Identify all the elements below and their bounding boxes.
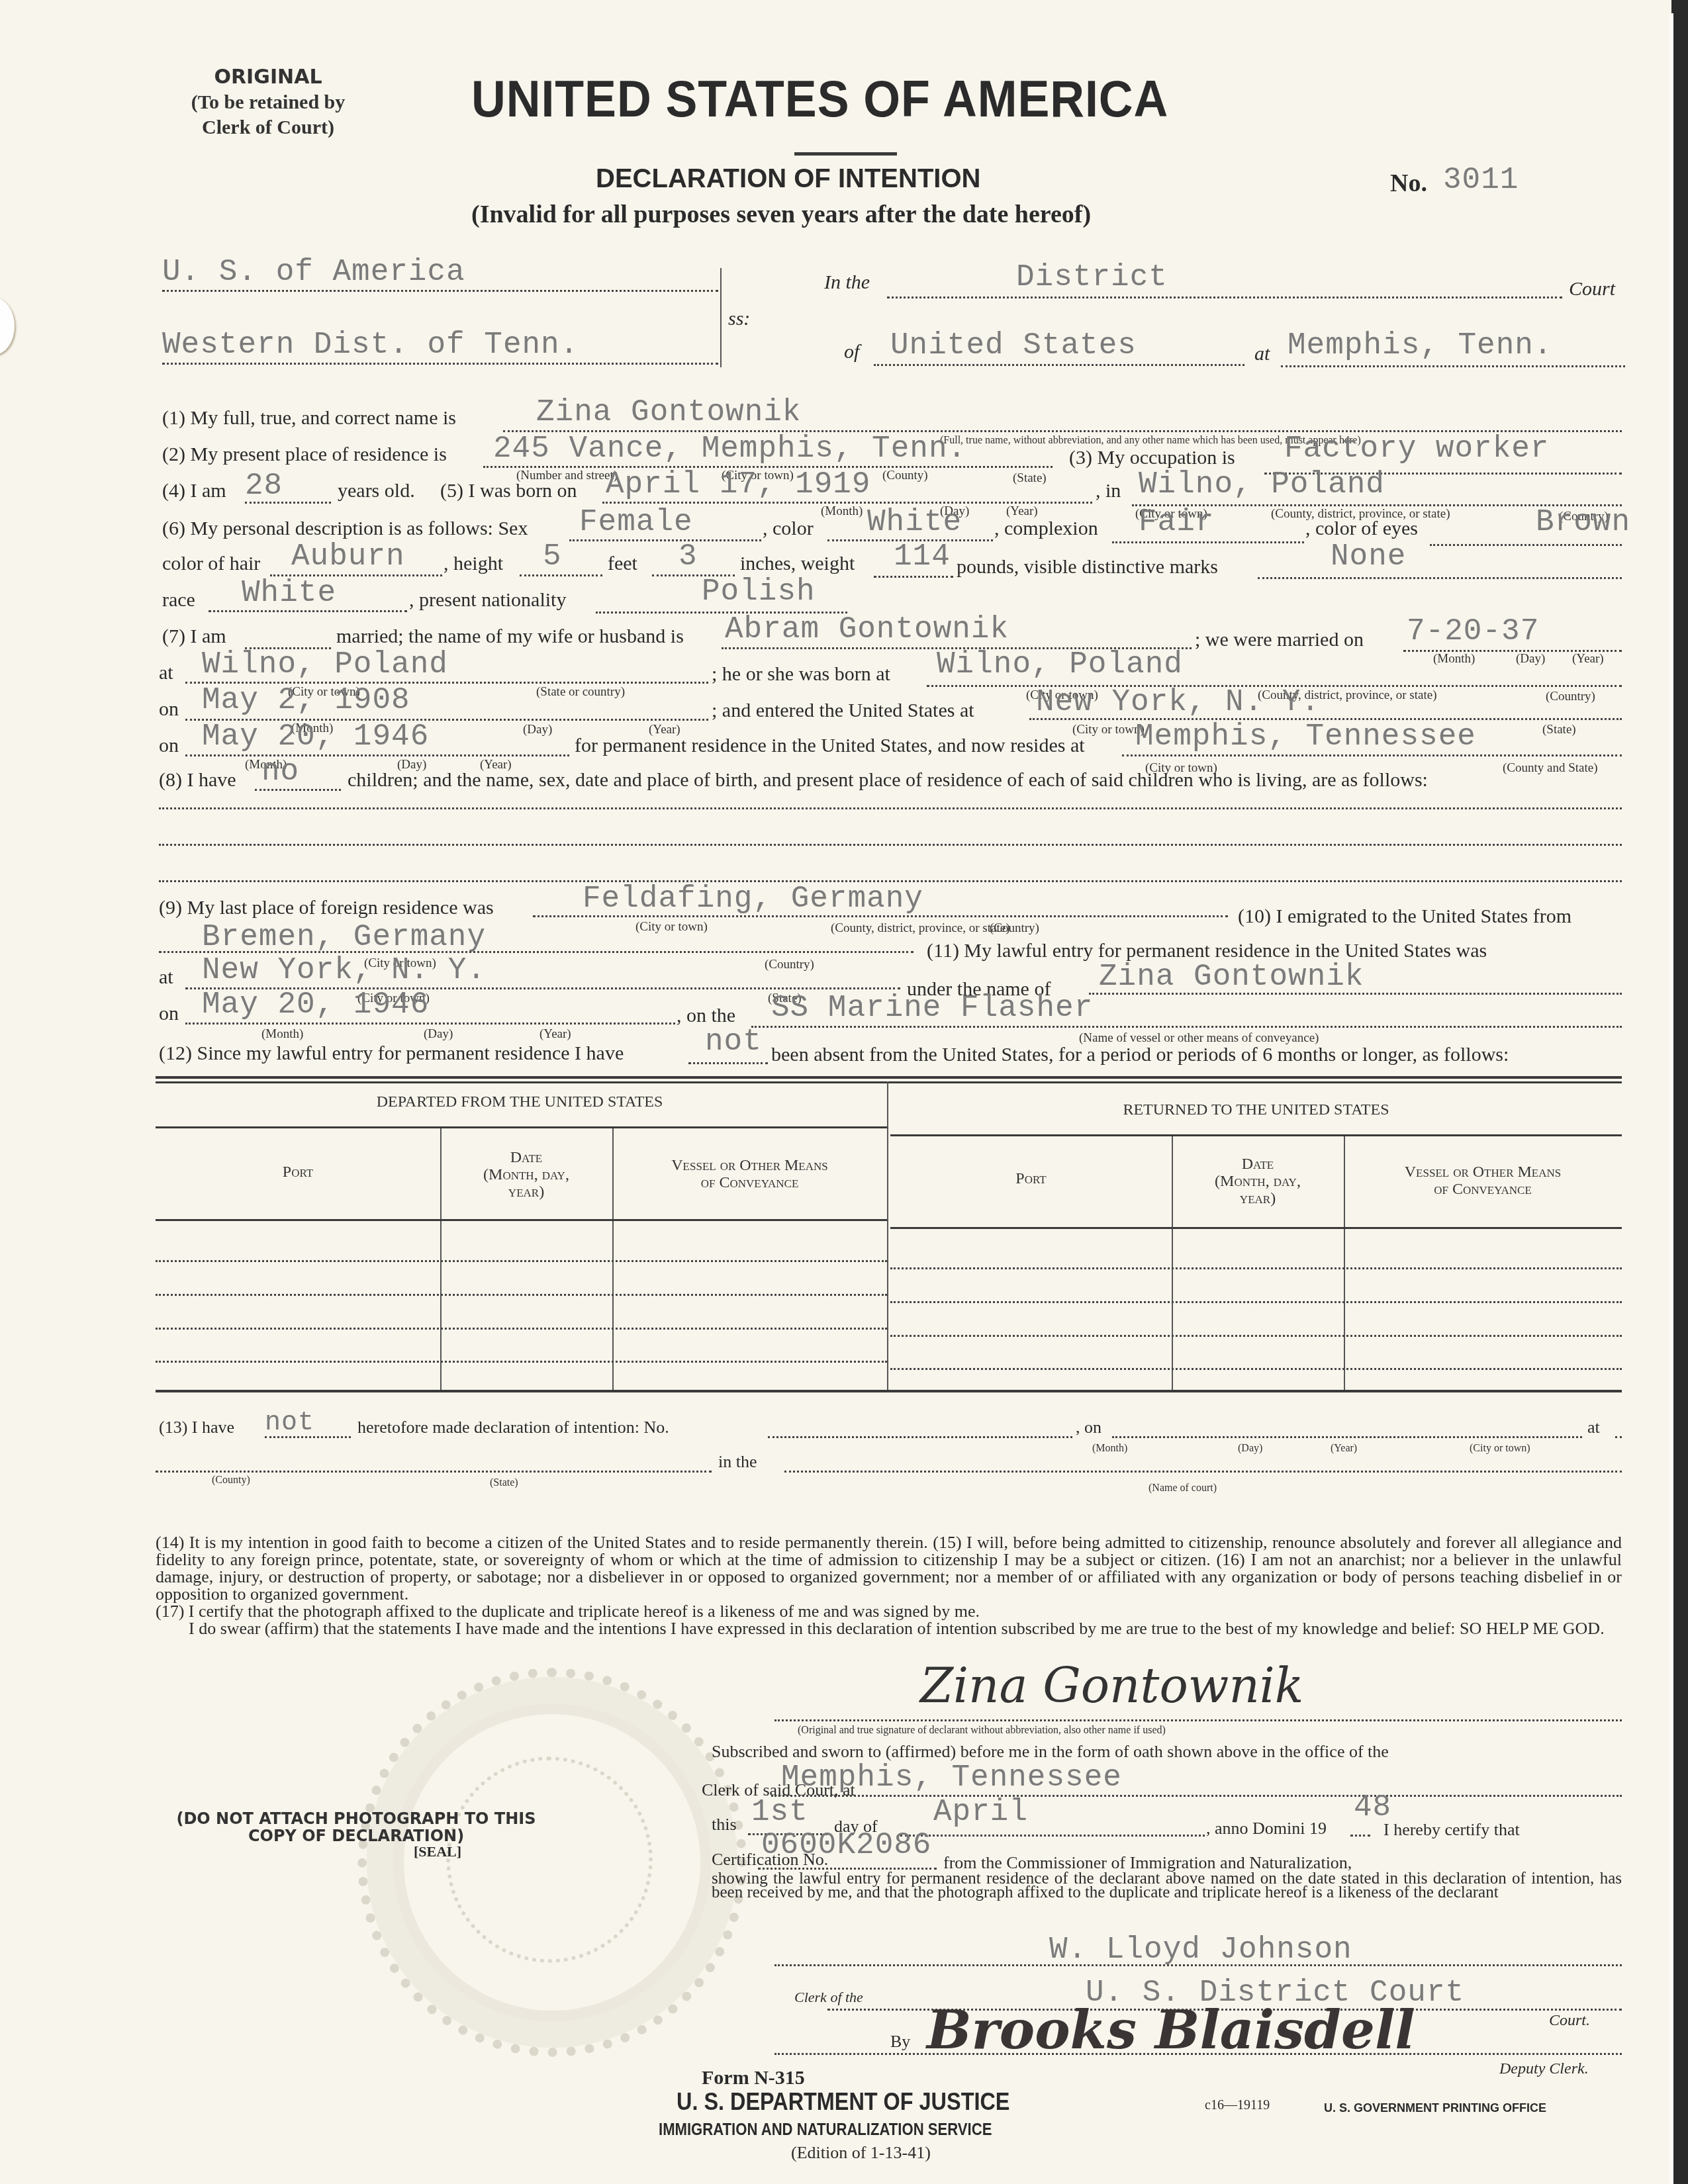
day-value: 1st [751, 1795, 808, 1829]
in-label: , in [1096, 480, 1121, 502]
vessel-value: SS Marine Flasher [771, 991, 1093, 1025]
original-stamp: ORIGINAL (To be retained by Clerk of Cou… [159, 65, 377, 140]
col-vessel-line: of Conveyance [1344, 1181, 1622, 1198]
seal-center [446, 1756, 653, 1963]
fill-line [751, 1026, 1622, 1028]
col-date-line: (Month, day, [1172, 1173, 1344, 1190]
inches-label: inches, weight [740, 553, 855, 575]
brace [720, 268, 722, 367]
at-label: at [1254, 343, 1270, 365]
height-feet-value: 5 [543, 539, 562, 574]
seal-label: [SEAL] [414, 1843, 461, 1860]
fill-line [185, 754, 569, 756]
col-port: Port [890, 1170, 1172, 1187]
hair-value: Auburn [291, 539, 405, 574]
oath-paragraph: (14) It is my intention in good faith to… [156, 1534, 1622, 1603]
caption: (Day) [424, 1027, 453, 1042]
caption: (Country) [765, 958, 814, 972]
certification-text: showing the lawful entry for permanent r… [712, 1872, 1622, 1899]
service-name: IMMIGRATION AND NATURALIZATION SERVICE [659, 2119, 992, 2140]
entry-place-value: New York, N. Y. [202, 953, 486, 987]
anno-domini-label: , anno Domini 19 [1206, 1819, 1327, 1839]
caption: (Day) [523, 723, 552, 737]
fill-line [1350, 1835, 1370, 1837]
age-value: 28 [245, 469, 283, 503]
this-label: this [712, 1815, 737, 1835]
table-row-line [890, 1335, 1622, 1337]
fill-line [1258, 577, 1622, 579]
col-date-line: Date [440, 1149, 612, 1166]
caption: (Year) [1572, 652, 1604, 666]
fill-line [887, 296, 1562, 298]
on-label: on [159, 698, 179, 721]
caption: (Month) [1092, 1443, 1127, 1455]
col-date-line: (Month, day, [440, 1166, 612, 1183]
entry-name-value: Zina Gontownik [1099, 960, 1364, 994]
q7-label: (7) I am [162, 625, 226, 648]
birth-place-value: Wilno, Poland [1139, 467, 1385, 502]
fill-line [784, 1471, 1622, 1473]
caption: (Year) [539, 1027, 571, 1042]
scan-edge [1671, 0, 1688, 2184]
spouse-born-label: ; he or she was born at [712, 663, 890, 686]
original-label: ORIGINAL [159, 65, 377, 90]
fill-line [1112, 1436, 1582, 1438]
court-label: Court [1569, 278, 1615, 300]
q12-label: (12) Since my lawful entry for permanent… [159, 1042, 624, 1065]
embossed-court-seal [357, 1668, 747, 2057]
entered-label: ; and entered the United States at [712, 700, 974, 722]
venue-district: Western Dist. of Tenn. [162, 328, 579, 362]
declaration-number: 3011 [1443, 163, 1519, 197]
photo-notice-line: (DO NOT ATTACH PHOTOGRAPH TO THIS [151, 1810, 561, 1827]
col-vessel: Vessel or Other Means of Conveyance [1344, 1163, 1622, 1198]
fill-line [874, 576, 953, 578]
pounds-label: pounds, visible distinctive marks [957, 556, 1218, 578]
title-rule [794, 152, 897, 156]
certification-number-value: 0600K2086 [761, 1828, 931, 1862]
caption: (Name of court) [1149, 1482, 1217, 1494]
fill-line [159, 807, 1622, 809]
table-rule [156, 1126, 887, 1128]
emigrated-from-value: Bremen, Germany [202, 920, 486, 954]
spouse-entry-date-value: May 20, 1946 [202, 719, 429, 754]
col-vessel-line: Vessel or Other Means [1344, 1163, 1622, 1181]
form-number: Form N-315 [702, 2067, 805, 2089]
punch-hole [0, 298, 15, 355]
returned-header: RETURNED TO THE UNITED STATES [890, 1101, 1622, 1118]
photo-notice-line: COPY OF DECLARATION) [151, 1827, 561, 1844]
fill-line [900, 1835, 1205, 1837]
table-divider [887, 1081, 888, 1392]
table-rule [156, 1081, 1622, 1083]
marks-value: None [1331, 539, 1406, 574]
nationality-value: Polish [702, 574, 816, 609]
in-the-label: In the [824, 271, 870, 294]
fill-line [1281, 365, 1625, 367]
certify-label: I hereby certify that [1383, 1820, 1520, 1840]
oath-text: (14) It is my intention in good faith to… [156, 1534, 1622, 1637]
of-label: of [844, 341, 859, 363]
table-row-line [890, 1267, 1622, 1269]
by-label: By [890, 2032, 910, 2052]
spouse-name-value: Abram Gontownik [725, 612, 1009, 647]
table-row-line [156, 1260, 887, 1262]
table-rule [156, 1076, 1622, 1079]
color-value: White [867, 505, 962, 539]
deputy-clerk-label: Deputy Clerk. [1499, 2060, 1589, 2078]
fill-line [520, 574, 602, 576]
caption: (Day) [1516, 652, 1545, 666]
signature-caption: (Original and true signature of declaran… [798, 1725, 1166, 1737]
spouse-residence-value: Memphis, Tennessee [1135, 719, 1476, 754]
hair-label: color of hair [162, 553, 260, 575]
caption: (City or town) [1470, 1443, 1530, 1455]
table-rule [890, 1134, 1622, 1136]
q3-label: (3) My occupation is [1069, 447, 1235, 469]
absent-value: not [705, 1024, 762, 1059]
fill-line [533, 915, 1228, 917]
number-label: No. [1390, 169, 1427, 198]
jurat-text: Subscribed and sworn to (affirmed) befor… [712, 1742, 1389, 1762]
fill-line [156, 1471, 712, 1473]
department-name: U. S. DEPARTMENT OF JUSTICE [677, 2088, 1009, 2116]
signature-line [774, 2053, 1622, 2055]
col-date-line: year) [1172, 1190, 1344, 1207]
fill-line [245, 502, 331, 504]
paper-edge [1669, 13, 1673, 2184]
at-label: at [159, 662, 173, 684]
caption: (Month) [261, 1027, 303, 1042]
weight-value: 114 [894, 539, 951, 574]
caption: (County) [882, 469, 928, 483]
on-the-label: , on the [677, 1005, 735, 1027]
declarant-signature: Zina Gontownik [920, 1658, 1303, 1713]
fill-line [771, 1795, 1622, 1797]
eyes-label: , color of eyes [1305, 518, 1418, 540]
col-date: Date (Month, day, year) [440, 1149, 612, 1201]
table-rule [156, 1219, 887, 1221]
table-rule [156, 1390, 1622, 1392]
spouse-birthdate-value: May 2, 1908 [202, 683, 410, 717]
race-label: race [162, 589, 195, 612]
col-date-line: year) [440, 1183, 612, 1201]
on-label: on [159, 735, 179, 757]
height-inches-value: 3 [679, 539, 698, 574]
caption: (County, district, province, or state) [831, 921, 1010, 936]
fill-line [1089, 993, 1622, 995]
q4-label: (4) I am [162, 480, 226, 502]
document-title: UNITED STATES OF AMERICA [471, 69, 1168, 129]
caption: (State) [1542, 723, 1576, 737]
deputy-clerk-signature: Brooks Blaisdell [927, 1999, 1415, 2061]
q8-label: (8) I have [159, 769, 236, 792]
edition-note: (Edition of 1-13-41) [791, 2143, 931, 2163]
caption: (State or country) [536, 685, 625, 700]
fill-line [162, 290, 718, 292]
children-value: no [261, 754, 299, 789]
caption: (Month) [821, 504, 863, 519]
caption: (Day) [1238, 1443, 1262, 1455]
on-label: , on [1076, 1418, 1102, 1437]
photo-notice: (DO NOT ATTACH PHOTOGRAPH TO THIS COPY O… [151, 1810, 561, 1844]
original-note: (To be retained by [159, 90, 377, 115]
court-of-value: United States [890, 328, 1137, 363]
caption: (Country) [990, 921, 1039, 936]
q8-text: children; and the name, sex, date and pl… [348, 769, 1428, 792]
spouse-entry-place-value: New York, N. Y. [1036, 685, 1320, 719]
caption: (Year) [1006, 504, 1038, 519]
last-residence-value: Feldafing, Germany [583, 882, 923, 916]
fill-line [265, 1436, 351, 1438]
clerk-name-value: W. Lloyd Johnson [1049, 1933, 1352, 1967]
fill-line [159, 844, 1622, 846]
caption: (State) [490, 1477, 518, 1489]
col-date-line: Date [1172, 1156, 1344, 1173]
col-vessel: Vessel or Other Means of Conveyance [612, 1157, 887, 1191]
at-label: at [1587, 1418, 1600, 1437]
fill-line [874, 364, 1244, 366]
venue-country: U. S. of America [162, 255, 465, 289]
q10-label: (10) I emigrated to the United States fr… [1238, 905, 1571, 928]
fill-line [162, 363, 718, 365]
caption: (County and State) [1503, 761, 1598, 776]
col-date: Date (Month, day, year) [1172, 1156, 1344, 1207]
feet-label: feet [608, 553, 637, 575]
col-vessel-line: of Conveyance [612, 1174, 887, 1191]
ss-label: ss: [728, 308, 750, 330]
fill-line [569, 539, 761, 541]
month-value: April [933, 1795, 1028, 1829]
prior-declaration-value: not [265, 1408, 314, 1438]
spouse-birthplace-value: Wilno, Poland [937, 647, 1183, 682]
oath-paragraph: I do swear (affirm) that the statements … [156, 1620, 1622, 1637]
table-row-line [156, 1328, 887, 1330]
validity-note: (Invalid for all purposes seven years af… [471, 200, 1091, 229]
fill-line [1112, 541, 1304, 543]
eyes-value: Brown [1536, 505, 1630, 539]
fill-line [688, 1062, 768, 1064]
q9-label: (9) My last place of foreign residence w… [159, 897, 494, 919]
q1-label: (1) My full, true, and correct name is [162, 407, 456, 430]
full-name-value: Zina Gontownik [536, 395, 801, 430]
court-type: District [1016, 260, 1168, 295]
nationality-label: , present nationality [409, 589, 566, 612]
clerk-of-label: Clerk of the [794, 1989, 863, 2006]
table-row-line [156, 1294, 887, 1296]
col-vessel-line: Vessel or Other Means [612, 1157, 887, 1174]
oath-paragraph: (17) I certify that the photograph affix… [156, 1603, 1622, 1620]
entry-date-value: May 20, 1946 [202, 987, 429, 1022]
race-value: White [242, 576, 336, 610]
signature-line [774, 1719, 1622, 1721]
fill-line [1430, 544, 1622, 546]
q5-label: (5) I was born on [440, 480, 577, 502]
fill-line [602, 502, 1092, 504]
col-port: Port [156, 1163, 440, 1181]
printer-name: U. S. GOVERNMENT PRINTING OFFICE [1324, 2101, 1546, 2115]
at-label: at [159, 966, 173, 989]
original-note: Clerk of Court) [159, 115, 377, 140]
height-label: , height [444, 553, 503, 575]
q13-label: (13) I have [159, 1418, 234, 1437]
print-code: c16—19119 [1205, 2098, 1270, 2113]
fill-line [255, 789, 341, 791]
q13-text: heretofore made declaration of intention… [357, 1418, 669, 1437]
marriage-date-value: 7-20-37 [1407, 614, 1539, 649]
signature-line [774, 1964, 1622, 1966]
table-row-line [156, 1361, 887, 1363]
complexion-value: Fair [1139, 505, 1214, 539]
fill-line [768, 1436, 1072, 1438]
caption: (County) [212, 1475, 250, 1486]
form-subtitle: DECLARATION OF INTENTION [596, 164, 980, 194]
court-location: Memphis, Tenn. [1288, 328, 1552, 363]
color-label: , color [763, 518, 814, 540]
fill-line [209, 610, 407, 612]
occupation-value: Factory worker [1284, 432, 1549, 466]
table-rule [890, 1227, 1622, 1229]
caption: (Year) [1331, 1443, 1357, 1455]
declaration-of-intention-page: ORIGINAL (To be retained by Clerk of Cou… [0, 0, 1671, 2184]
married-on-label: ; we were married on [1195, 629, 1364, 651]
table-row-line [890, 1368, 1622, 1370]
residence-value: 245 Vance, Memphis, Tenn. [493, 432, 966, 466]
married-label: married; the name of my wife or husband … [336, 625, 684, 648]
q6-label: (6) My personal description is as follow… [162, 518, 528, 540]
fill-line [1122, 754, 1622, 756]
in-the-label: in the [718, 1452, 757, 1472]
resides-label: for permanent residence in the United St… [575, 735, 1085, 757]
table-row-line [890, 1301, 1622, 1303]
caption: (Month) [1433, 652, 1475, 666]
departed-header: DEPARTED FROM THE UNITED STATES [156, 1093, 884, 1111]
sex-value: Female [579, 505, 693, 539]
caption: (State) [1013, 471, 1047, 486]
complexion-label: , complexion [994, 518, 1098, 540]
years-old-label: years old. [338, 480, 415, 502]
fill-line [185, 1023, 675, 1024]
caption: (City or town) [635, 920, 708, 934]
clerk-location-value: Memphis, Tennessee [781, 1760, 1122, 1795]
q12-text: been absent from the United States, for … [771, 1044, 1509, 1066]
court-label: Court. [1549, 2012, 1590, 2030]
q2-label: (2) My present place of residence is [162, 443, 447, 466]
birth-date-value: April 17, 1919 [606, 467, 870, 502]
fill-line [1615, 1436, 1622, 1438]
caption: (Country) [1546, 690, 1595, 704]
marriage-place-value: Wilno, Poland [202, 647, 448, 682]
on-label: on [159, 1003, 179, 1025]
q11-label: (11) My lawful entry for permanent resid… [927, 940, 1487, 962]
